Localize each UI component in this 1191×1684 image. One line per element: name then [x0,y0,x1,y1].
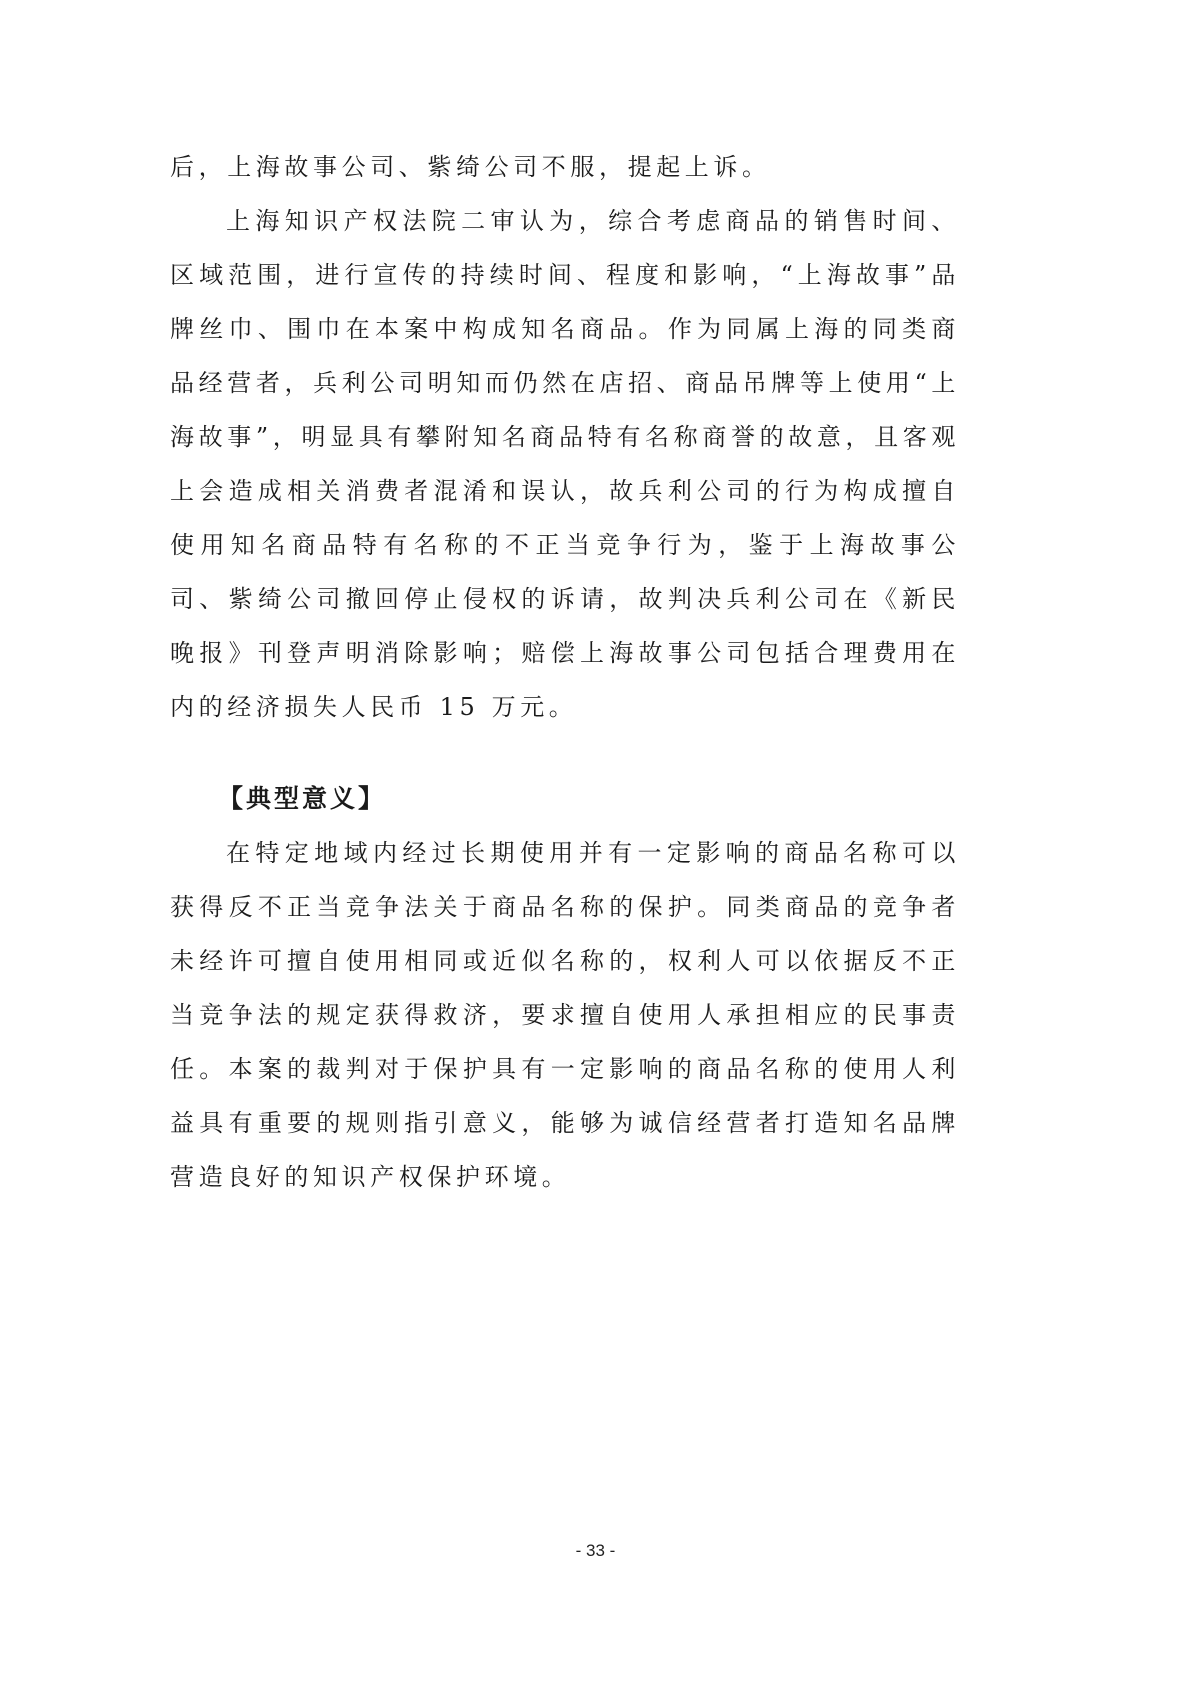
paragraph-typical-significance: 在特定地域内经过长期使用并有一定影响的商品名称可以获得反不正当竞争法关于商品名称… [170,826,960,1204]
paragraph-appeal-continuation: 后，上海故事公司、紫绮公司不服，提起上诉。 [170,140,960,194]
document-page: 后，上海故事公司、紫绮公司不服，提起上诉。 上海知识产权法院二审认为，综合考虑商… [0,0,1191,1684]
paragraph-second-instance-ruling: 上海知识产权法院二审认为，综合考虑商品的销售时间、区域范围，进行宣传的持续时间、… [170,194,960,734]
page-number: - 33 - [0,1541,1191,1561]
section-heading-typical-significance: 【典型意义】 [170,772,960,826]
document-body: 后，上海故事公司、紫绮公司不服，提起上诉。 上海知识产权法院二审认为，综合考虑商… [170,140,960,1204]
